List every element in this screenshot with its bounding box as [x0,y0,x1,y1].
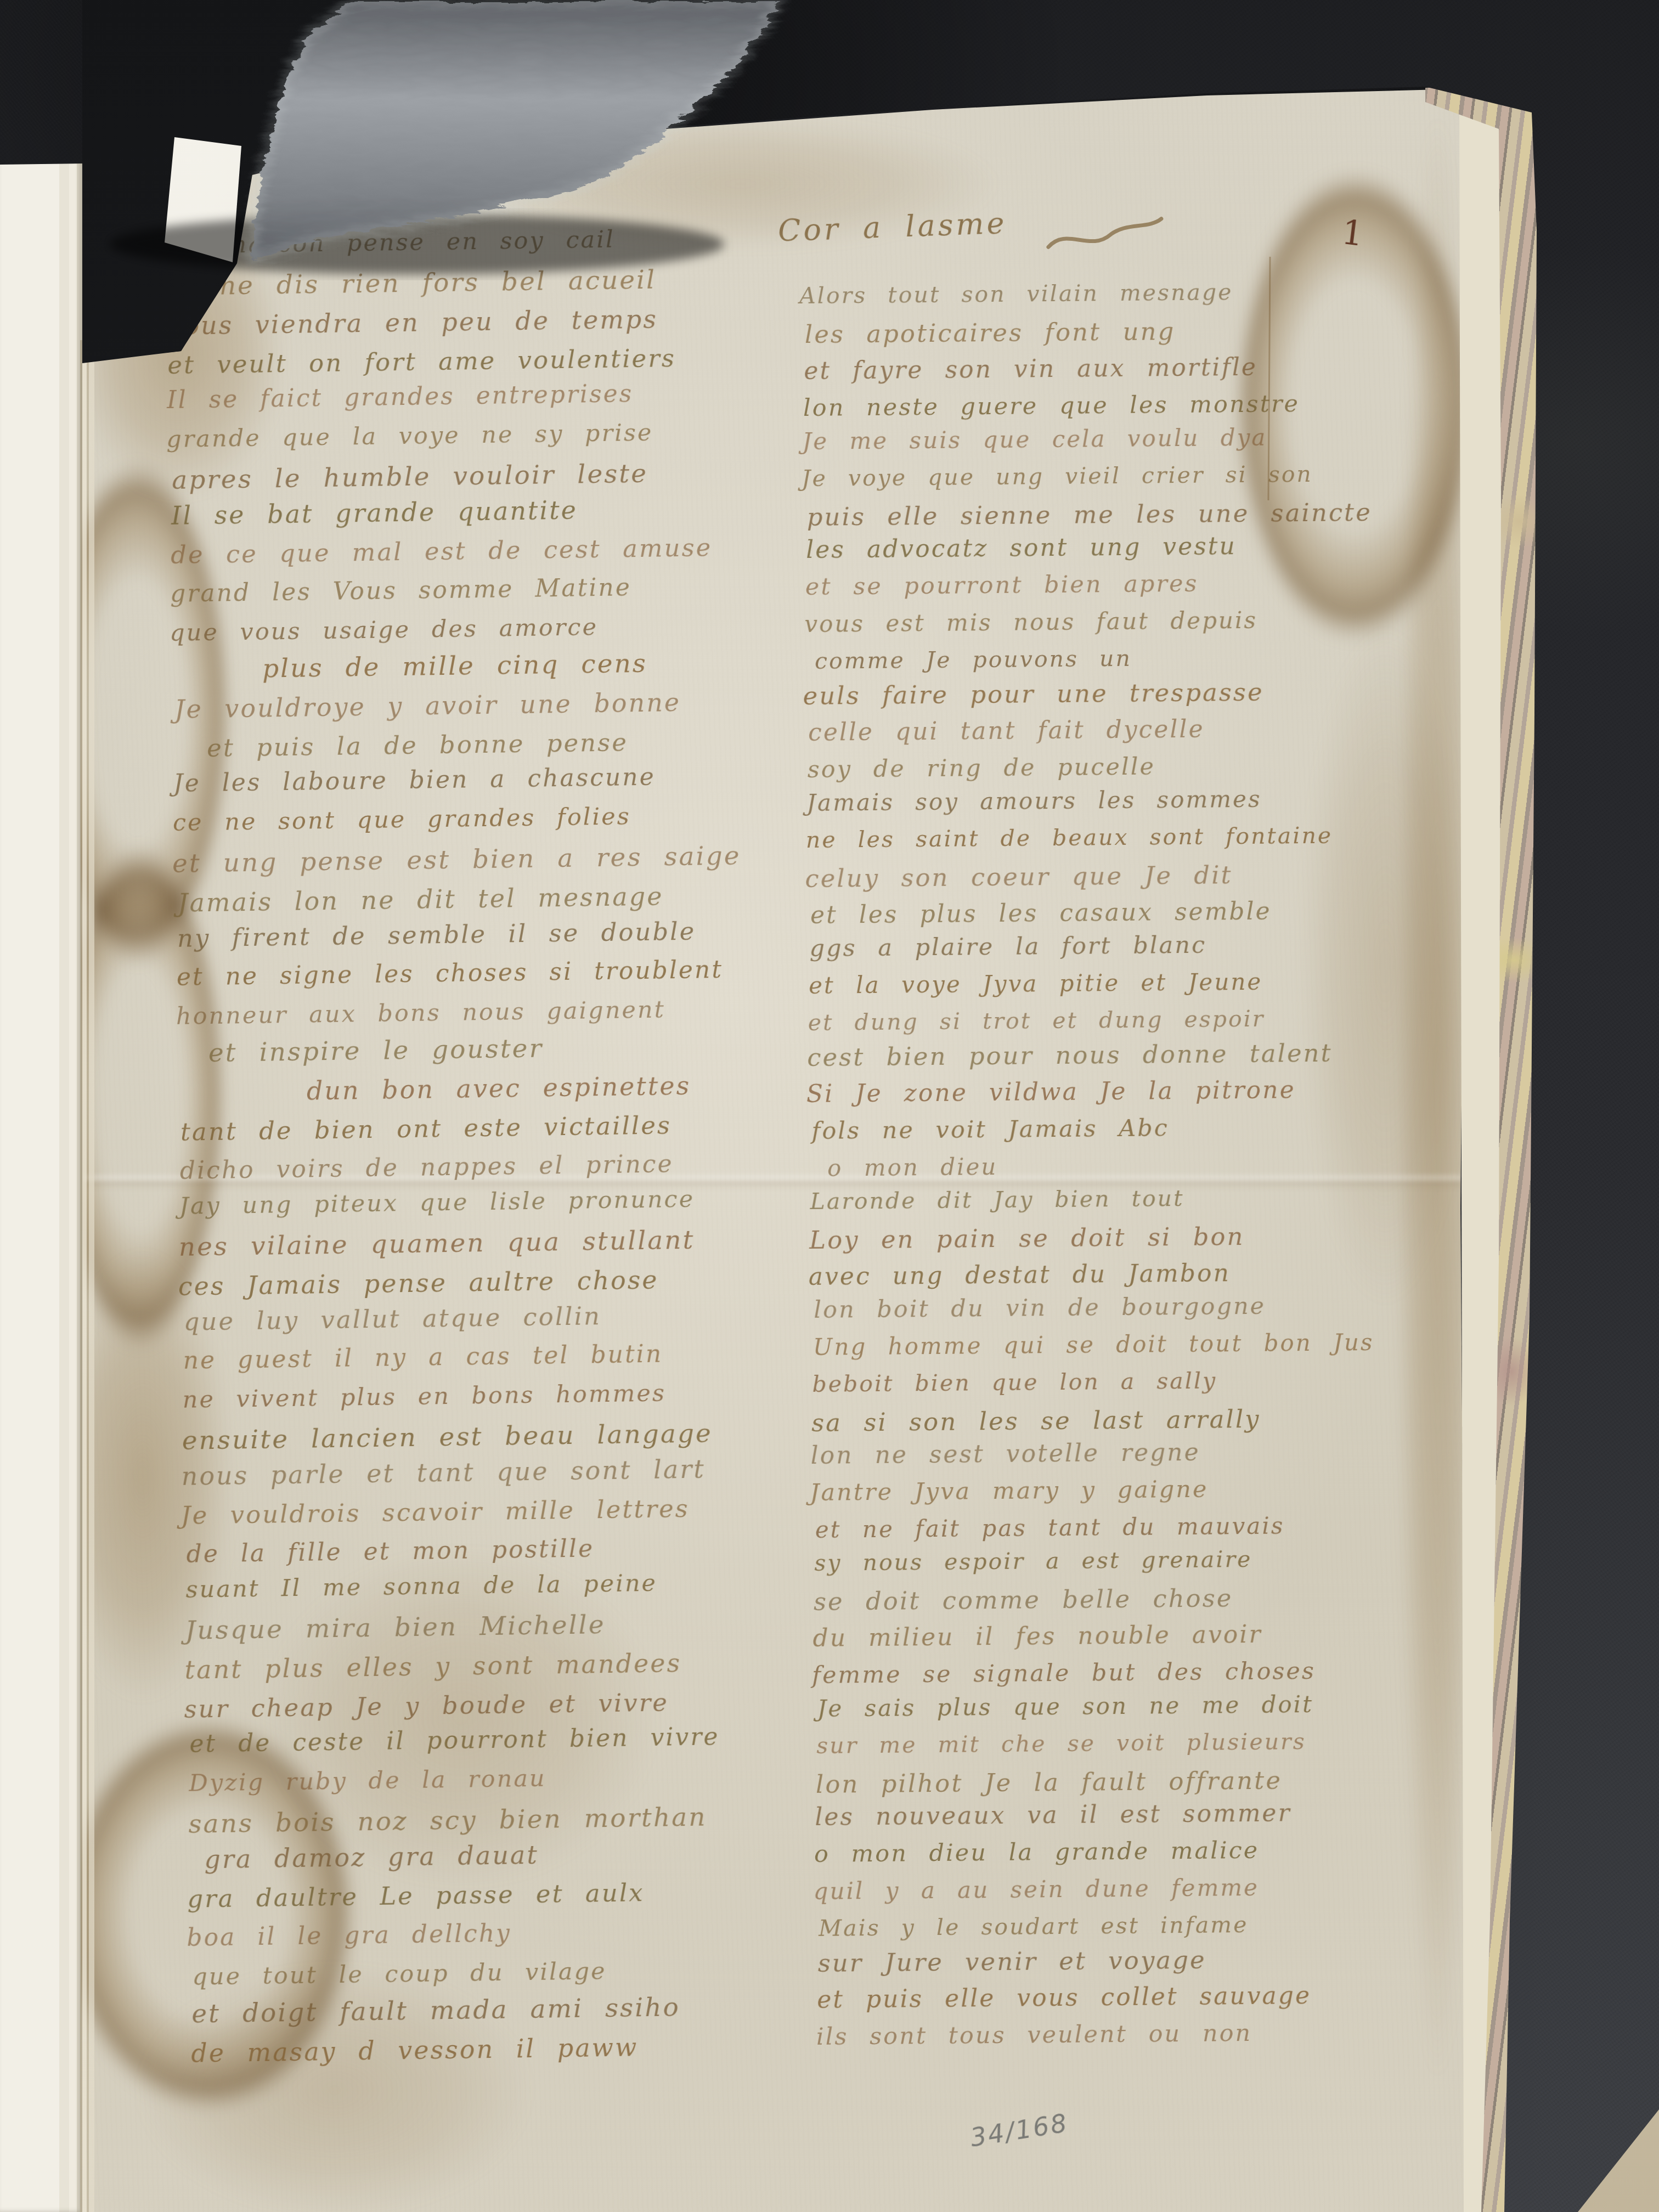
water-stain [1234,170,1476,642]
text-line: et ne fait pas tant du mauvais [815,1512,1285,1543]
text-line: Jusque mira bien Michelle [185,1610,606,1646]
text-line: beboit bien que lon a sally [812,1367,1217,1397]
text-line: femme se signale but des choses [812,1657,1316,1689]
text-line: sur me mit che se voit plusieurs [816,1728,1306,1759]
horizontal-crease [82,1175,1462,1181]
text-line: tant plus elles y sont mandees [184,1648,681,1685]
text-line: quil y a au sein dune femme [813,1874,1259,1905]
text-line: ces Jamais pense aultre chose [178,1265,658,1301]
text-line: et se pourront bien apres [805,570,1199,601]
text-line: Je les laboure bien a chascune [173,763,656,798]
text-line: ne les saint de beaux sont fontaine [806,822,1333,853]
text-line: Loy en pain se doit si bon [809,1222,1245,1255]
text-line: sur cheap Je y boude et vivre [184,1688,669,1723]
text-line: celle qui tant fait dycelle [808,715,1205,747]
text-line: cest bien pour nous donne talent [807,1039,1333,1072]
text-line: Si Je zone vildwa Je la pitrone [806,1076,1296,1108]
text-line: gra damoz gra dauat [204,1840,539,1875]
text-line: celuy son coeur que Je dit [805,860,1233,893]
text-line: avec ung destat du Jambon [809,1259,1231,1291]
text-line: suant Il me sonna de la peine [185,1570,657,1604]
text-line: que vous usaige des amorce [170,613,598,647]
text-line: et les plus les casaux semble [810,898,1272,929]
text-line: plus de mille cinq cens [262,648,648,684]
text-line: ggs a plaire la fort blanc [809,932,1206,962]
text-line: et ung pense est bien a res saige [172,840,741,878]
text-line: et puis la de bonne pense [207,727,628,763]
text-line: vous est mis nous faut depuis [804,607,1257,637]
text-line: tant de bien ont este victailles [180,1110,672,1146]
text-line: Je voye que ung vieil crier si son [802,461,1313,492]
text-line: Je sais plus que son ne me doit [817,1691,1313,1722]
text-line: euls faire pour une trespasse [803,678,1264,710]
text-line: Jamais lon ne dit tel mesnage [178,881,664,917]
text-line: ne guest il ny a cas tel butin [183,1340,663,1375]
photographed-manuscript-page: S Cor a lasme 1 ne chascon pense en soy … [0,0,1659,2212]
text-line: grand les Vous somme Matine [170,573,631,608]
text-line: lon boit du vin de bourgogne [814,1293,1266,1324]
text-line: o mon dieu [827,1153,998,1182]
text-line: o mon dieu la grande malice [814,1837,1260,1868]
pencil-foliation: 34/168 [968,2108,1070,2152]
text-line: Jay ung piteux que lisle pronunce [179,1186,695,1220]
text-line: sans bois noz scy bien morthan [188,1802,707,1839]
text-line: de ce que mal est de cest amuse [171,533,713,569]
velvet-book-weight [0,0,933,439]
text-line: et de ceste il pourront bien vivre [189,1723,720,1758]
text-line: sa si son les se last arrally [811,1404,1261,1437]
text-line: du milieu il fes nouble avoir [812,1621,1262,1652]
text-line: Ung homme qui se doit tout bon Jus [813,1329,1374,1361]
text-line: et puis elle vous collet sauvage [817,1982,1311,2014]
text-line: de la fille et mon postille [186,1534,594,1568]
text-line: ils sont tous veulent ou non [816,2019,1252,2051]
text-line: lon ne sest votelle regne [810,1438,1200,1470]
column-ruling-line [1267,257,1271,500]
text-line: nous parle et tant que sont lart [181,1454,706,1491]
text-line: de masay d vesson il paww [191,2032,639,2068]
text-line: Je vouldroye y avoir une bonne [174,687,681,724]
text-line: ensuite lancien est beau langage [182,1418,713,1455]
text-line: se doit comme belle chose [814,1583,1233,1616]
text-line: que luy vallut atque collin [183,1301,601,1336]
water-stain [137,1964,532,2212]
text-line: dicho voirs de nappes el prince [179,1150,673,1185]
text-line: et doigt fault mada ami ssiho [191,1992,680,2029]
text-line: Je vouldrois scavoir mille lettres [180,1494,690,1530]
text-line: honneur aux bons nous gaignent [176,996,666,1030]
text-line: et dung si trot et dung espoir [808,1006,1265,1036]
text-line: nes vilaine quamen qua stullant [178,1225,695,1262]
text-line: Laronde dit Jay bien tout [810,1185,1184,1215]
heading-flourish-stroke [1044,214,1167,261]
text-line: soy de ring de pucelle [808,753,1156,783]
text-line: boa il le gra dellchy [187,1920,511,1952]
text-line: fols ne voit Jamais Abc [811,1114,1169,1145]
text-line: sur Jure venir et voyage [817,1945,1206,1978]
text-line: que tout le coup du vilage [192,1957,607,1991]
water-stain [1300,625,1470,1306]
text-line: lon pilhot Je la fault offrante [816,1765,1282,1798]
water-stain [60,1717,357,2112]
text-line: Mais y le soudart est infame [819,1911,1249,1942]
text-line: Il se bat grande quantite [171,495,578,531]
text-line: Dyzig ruby de la ronau [189,1765,546,1797]
text-line: ce ne sont que grandes folies [173,803,631,837]
text-line: dun bon avec espinettes [306,1071,691,1106]
text-line: et la voye Jyva pitie et Jeune [809,968,1263,999]
text-line: puis elle sienne me les une saincte [806,498,1372,532]
text-line: Jantre Jyva mary y gaigne [810,1476,1209,1506]
page-left-edge-lines [80,340,102,2212]
text-line: les advocatz sont ung vestu [806,532,1237,564]
text-line: ny firent de semble il se double [177,917,696,953]
text-line: sy nous espoir a est grenaire [814,1546,1252,1576]
text-line: et inspire le gouster [208,1034,543,1069]
text-line: comme Je pouvons un [815,645,1132,674]
text-line: et ne signe les choses si troublent [177,956,724,991]
folio-number: 1 [1340,212,1366,254]
text-line: les nouveaux va il est sommer [815,1799,1291,1831]
text-line: gra daultre Le passe et aulx [187,1878,645,1914]
text-line: ne vivent plus en bons hommes [182,1379,666,1413]
water-stain [263,1547,658,1887]
text-line: apres le humble vouloir leste [172,459,648,495]
text-line: Jamais soy amours les sommes [806,786,1262,816]
